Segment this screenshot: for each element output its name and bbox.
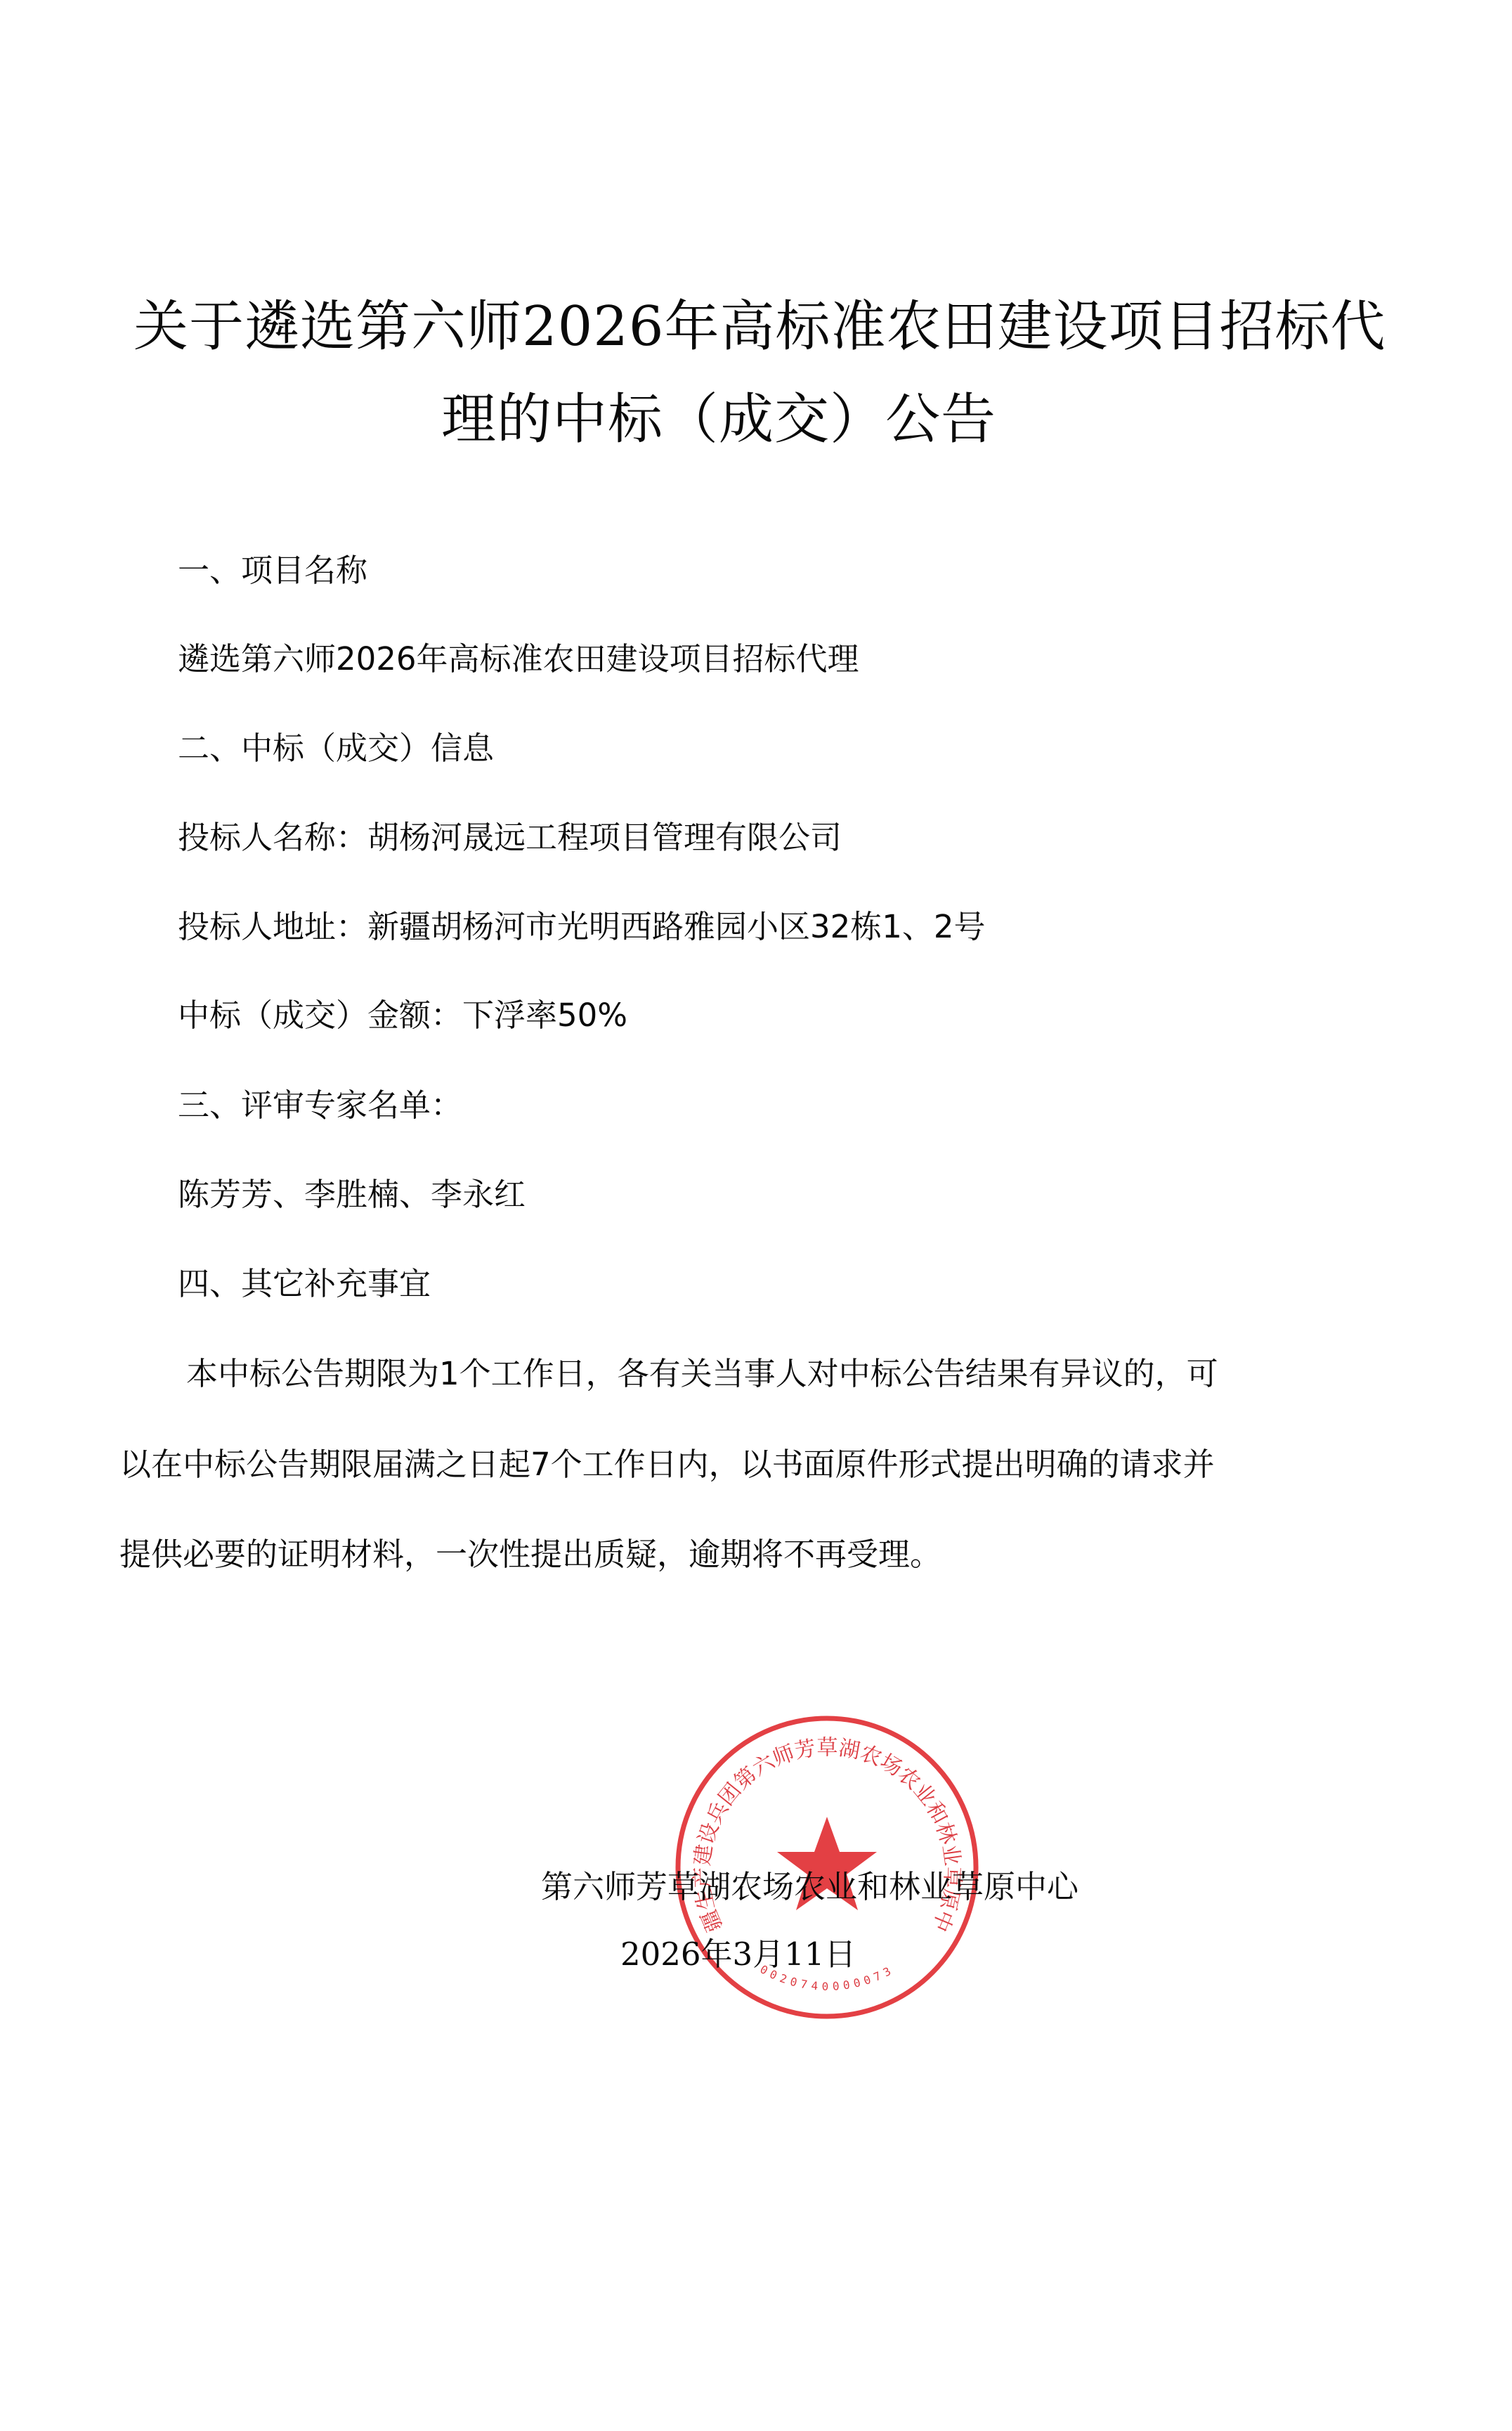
signature-date: 2026年3月11日 — [620, 1936, 856, 1973]
section-3-heading: 三、评审专家名单： — [178, 1086, 462, 1125]
title-line-2: 理的中标（成交）公告 — [441, 388, 996, 451]
section-1-heading: 一、项目名称 — [178, 551, 367, 590]
document-page: 关于遴选第六师2026年高标准农田建设项目招标代 理的中标（成交）公告 一、项目… — [0, 0, 1512, 2431]
expert-list: 陈芳芳、李胜楠、李永红 — [178, 1175, 526, 1214]
project-name: 遴选第六师2026年高标准农田建设项目招标代理 — [178, 640, 859, 679]
title-line-1: 关于遴选第六师2026年高标准农田建设项目招标代 — [133, 295, 1386, 358]
notice-paragraph-line-1: 本中标公告期限为1个工作日，各有关当事人对中标公告结果有异议的，可 — [186, 1354, 1218, 1394]
section-4-heading: 四、其它补充事宜 — [178, 1264, 431, 1304]
bidder-address: 投标人地址：新疆胡杨河市光明西路雅园小区32栋1、2号 — [178, 907, 986, 947]
section-2-heading: 二、中标（成交）信息 — [178, 729, 494, 768]
notice-paragraph-line-3: 提供必要的证明材料，一次性提出质疑，逾期将不再受理。 — [119, 1535, 941, 1574]
signature-organization: 第六师芳草湖农场农业和林业草原中心 — [541, 1868, 1078, 1906]
award-amount: 中标（成交）金额：下浮率50% — [178, 996, 627, 1035]
notice-paragraph-line-2: 以在中标公告期限届满之日起7个工作日内，以书面原件形式提出明确的请求并 — [119, 1445, 1215, 1484]
bidder-name: 投标人名称：胡杨河晟远工程项目管理有限公司 — [178, 818, 842, 857]
